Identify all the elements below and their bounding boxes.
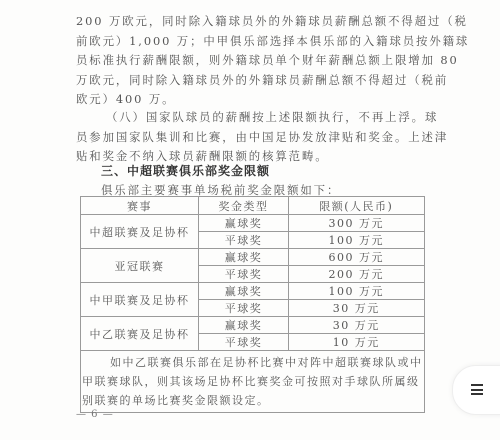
text-line: 200 万欧元，同时除入籍球员外的外籍球员薪酬总额不得超过（税 [76,12,424,32]
event-cell: 中乙联赛及足协杯 [81,317,199,351]
limit-cell: 30 万元 [289,300,425,317]
paragraph-salary-cap: 200 万欧元，同时除入籍球员外的外籍球员薪酬总额不得超过（税 前欧元）1,00… [76,12,424,110]
menu-button[interactable] [452,365,500,415]
limit-cell: 10 万元 [289,334,425,351]
bonus-type-cell: 平球奖 [199,300,289,317]
table-header-row: 赛事 奖金类型 限额(人民币) [81,197,425,215]
text-line: 欧元）400 万。 [76,90,424,110]
text-line: 员参加国家队集训和比赛，由中国足协发放津贴和奖金。上述津 [76,128,424,148]
table-row: 中超联赛及足协杯 赢球奖 300 万元 [81,215,425,232]
table-note: 如中乙联赛俱乐部在足协杯比赛中对阵中超联赛球队或中 甲联赛球队，则其该场足协杯比… [81,351,425,413]
bonus-limit-table: 赛事 奖金类型 限额(人民币) 中超联赛及足协杯 赢球奖 300 万元 平球奖 … [80,196,425,413]
text-line: 万欧元，同时除入籍球员外的外籍球员薪酬总额不得超过（税前 [76,71,424,91]
bonus-type-cell: 赢球奖 [199,249,289,266]
table-row: 中乙联赛及足协杯 赢球奖 30 万元 [81,317,425,334]
bonus-type-cell: 赢球奖 [199,317,289,334]
limit-cell: 300 万元 [289,215,425,232]
event-cell: 中超联赛及足协杯 [81,215,199,249]
header-bonus-type: 奖金类型 [199,197,289,215]
limit-cell: 600 万元 [289,249,425,266]
document-page: 200 万欧元，同时除入籍球员外的外籍球员薪酬总额不得超过（税 前欧元）1,00… [0,0,500,440]
bonus-type-cell: 平球奖 [199,232,289,249]
header-event: 赛事 [81,197,199,215]
bonus-type-cell: 平球奖 [199,266,289,283]
paragraph-national-team: （八）国家队球员的薪酬按上述限额执行，不再上浮。球 员参加国家队集训和比赛，由中… [76,108,424,167]
page-number: — 6 — [76,409,114,420]
limit-cell: 200 万元 [289,266,425,283]
limit-cell: 100 万元 [289,283,425,300]
section-heading: 三、中超联赛俱乐部奖金限额 [101,162,270,179]
table-row: 中甲联赛及足协杯 赢球奖 100 万元 [81,283,425,300]
event-cell: 亚冠联赛 [81,249,199,283]
bonus-type-cell: 平球奖 [199,334,289,351]
menu-icon [471,384,483,395]
bonus-type-cell: 赢球奖 [199,283,289,300]
text-line: （八）国家队球员的薪酬按上述限额执行，不再上浮。球 [76,108,424,128]
bonus-type-cell: 赢球奖 [199,215,289,232]
limit-cell: 100 万元 [289,232,425,249]
table-row: 亚冠联赛 赢球奖 600 万元 [81,249,425,266]
header-limit: 限额(人民币) [289,197,425,215]
text-line: 前欧元）1,000 万；中甲俱乐部选择本俱乐部的入籍球员按外籍球 [76,32,424,52]
note-line: 别联赛的单场比赛奖金限额设定。 [82,391,423,410]
table-note-row: 如中乙联赛俱乐部在足协杯比赛中对阵中超联赛球队或中 甲联赛球队，则其该场足协杯比… [81,351,425,413]
note-line: 如中乙联赛俱乐部在足协杯比赛中对阵中超联赛球队或中 [82,353,423,372]
limit-cell: 30 万元 [289,317,425,334]
event-cell: 中甲联赛及足协杯 [81,283,199,317]
text-line: 员标准执行薪酬限额，则外籍球员单个财年薪酬总额上限增加 80 [76,51,424,71]
note-line: 甲联赛球队，则其该场足协杯比赛奖金可按照对手球队所属级 [82,372,423,391]
